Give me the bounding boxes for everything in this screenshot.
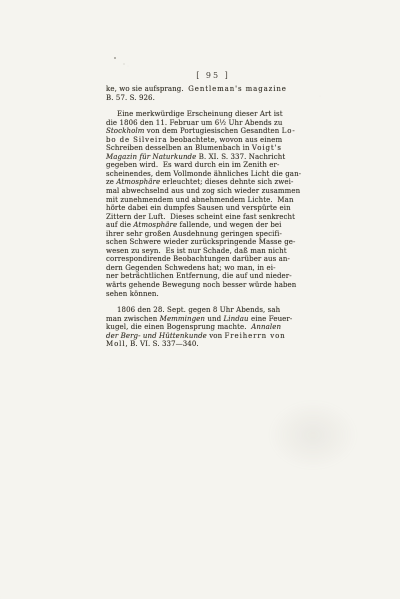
text-segment: correspondirende Beobachtungen darüber a… <box>106 255 290 263</box>
text-segment: ke, wo sie aufsprang. <box>106 85 188 93</box>
text-line: Moll, B. VI. S. 337—340. <box>106 340 320 349</box>
text-segment: Memmingen <box>160 315 205 323</box>
scan-specks <box>114 57 116 59</box>
text-segment: fallende, und wegen der bei <box>177 221 281 229</box>
text-line: Schreiben desselben an Blumenbach in Voi… <box>106 144 320 153</box>
text-segment: der Berg- und Hüttenkunde <box>106 332 207 340</box>
text-block: [ 95 ] ke, wo sie aufsprang. Gentleman's… <box>106 71 320 349</box>
text-segment: gegeben wird. Es ward durch ein im Zenit… <box>106 161 279 169</box>
text-line: 1806 den 28. Sept. gegen 8 Uhr Abends, s… <box>106 306 320 315</box>
text-segment: und <box>205 315 223 323</box>
text-segment: erleuchtet; dieses dehnte sich zwei- <box>160 178 293 186</box>
text-segment: Atmosphäre <box>133 221 177 229</box>
text-segment: mit zunehmendem und abnehmendem Lichte. … <box>106 196 294 204</box>
page-paragraph: 1806 den 28. Sept. gegen 8 Uhr Abends, s… <box>106 306 320 349</box>
text-segment: von dem Portugiesischen Gesandten <box>144 127 281 135</box>
text-segment: Moll <box>106 340 125 348</box>
text-line: sehen können. <box>106 290 320 299</box>
text-line: gegeben wird. Es ward durch ein im Zenit… <box>106 161 320 170</box>
text-segment: Magazin für Naturkunde <box>106 153 196 161</box>
text-line: Stockholm von dem Portugiesischen Gesand… <box>106 127 320 136</box>
text-segment: Freiherrn von <box>225 332 286 340</box>
text-line: Eine merkwürdige Erscheinung dieser Art … <box>106 110 320 119</box>
text-segment: bo de Silveira <box>106 136 168 144</box>
page-paragraph: Eine merkwürdige Erscheinung dieser Art … <box>106 110 320 298</box>
text-segment: Zittern der Luft. Dieses scheint eine fa… <box>106 213 295 221</box>
text-line: B. 57. S. 926. <box>106 94 320 103</box>
text-segment: wesen zu seyn. Es ist nur Schade, daß ma… <box>106 247 287 255</box>
text-segment: kugel, die einen Bogensprung machte. <box>106 323 251 331</box>
text-segment: dern Gegenden Schwedens hat; wo man, in … <box>106 264 276 272</box>
text-line: mal abwechselnd aus und zog sich wieder … <box>106 187 320 196</box>
text-segment: wärts gehende Bewegung noch besser würde… <box>106 281 296 289</box>
text-segment: man zwischen <box>106 315 160 323</box>
text-segment: B. 57. S. 926. <box>106 94 155 102</box>
text-segment: , B. VI. S. 337—340. <box>125 340 198 348</box>
text-segment: Atmosphäre <box>116 178 160 186</box>
text-segment: Lo- <box>282 127 296 135</box>
text-segment: schen Schwere wieder zurückspringende Ma… <box>106 238 295 246</box>
text-line: mit zunehmendem und abnehmendem Lichte. … <box>106 196 320 205</box>
text-segment: eine Feuer- <box>249 315 293 323</box>
text-segment: sehen können. <box>106 290 159 298</box>
text-segment: Annalen <box>251 323 281 331</box>
text-segment: B. XI. S. 337. Nachricht <box>196 153 285 161</box>
text-line: ner beträchtlichen Entfernung, die auf u… <box>106 272 320 281</box>
text-segment: Schreiben desselben an Blumenbach in <box>106 144 252 152</box>
text-line: schen Schwere wieder zurückspringende Ma… <box>106 238 320 247</box>
text-line: hörte dabei ein dumpfes Sausen und versp… <box>106 204 320 213</box>
text-line: Zittern der Luft. Dieses scheint eine fa… <box>106 213 320 222</box>
text-segment: Stockholm <box>106 127 144 135</box>
text-segment: Lindau <box>224 315 249 323</box>
text-segment: hörte dabei ein dumpfes Sausen und versp… <box>106 204 291 212</box>
text-segment: beobachtete, wovon aus einem <box>168 136 283 144</box>
text-line: auf die Atmosphäre fallende, und wegen d… <box>106 221 320 230</box>
text-line: correspondirende Beobachtungen darüber a… <box>106 255 320 264</box>
scanned-book-page: [ 95 ] ke, wo sie aufsprang. Gentleman's… <box>0 0 400 599</box>
text-line: kugel, die einen Bogensprung machte. Ann… <box>106 323 320 332</box>
page-number-header: [ 95 ] <box>106 71 320 80</box>
text-line: die 1806 den 11. Februar um 6½ Uhr Abend… <box>106 119 320 128</box>
text-line: ke, wo sie aufsprang. Gentleman's magazi… <box>106 85 320 94</box>
text-segment: mal abwechselnd aus und zog sich wieder … <box>106 187 300 195</box>
text-segment: scheinendes, dem Vollmonde ähnliches Lic… <box>106 170 301 178</box>
text-segment: die 1806 den 11. Februar um 6½ Uhr Abend… <box>106 119 282 127</box>
scan-smudge <box>268 400 358 470</box>
text-segment: Voigt's <box>252 144 282 152</box>
text-segment: ze <box>106 178 116 186</box>
text-line: ze Atmosphäre erleuchtet; dieses dehnte … <box>106 178 320 187</box>
text-segment: Gentleman's magazine <box>188 85 287 93</box>
text-segment: von <box>207 332 225 340</box>
text-segment: ner beträchtlichen Entfernung, die auf u… <box>106 272 292 280</box>
text-line: ihrer sehr großen Ausdehnung geringen sp… <box>106 230 320 239</box>
page-paragraph: ke, wo sie aufsprang. Gentleman's magazi… <box>106 85 320 102</box>
text-segment: Eine merkwürdige Erscheinung dieser Art … <box>117 110 283 118</box>
text-line: man zwischen Memmingen und Lindau eine F… <box>106 315 320 324</box>
text-segment: ihrer sehr großen Ausdehnung geringen sp… <box>106 230 282 238</box>
text-line: wärts gehende Bewegung noch besser würde… <box>106 281 320 290</box>
text-segment: auf die <box>106 221 133 229</box>
text-segment: 1806 den 28. Sept. gegen 8 Uhr Abends, s… <box>117 306 280 314</box>
text-line: bo de Silveira beobachtete, wovon aus ei… <box>106 136 320 145</box>
